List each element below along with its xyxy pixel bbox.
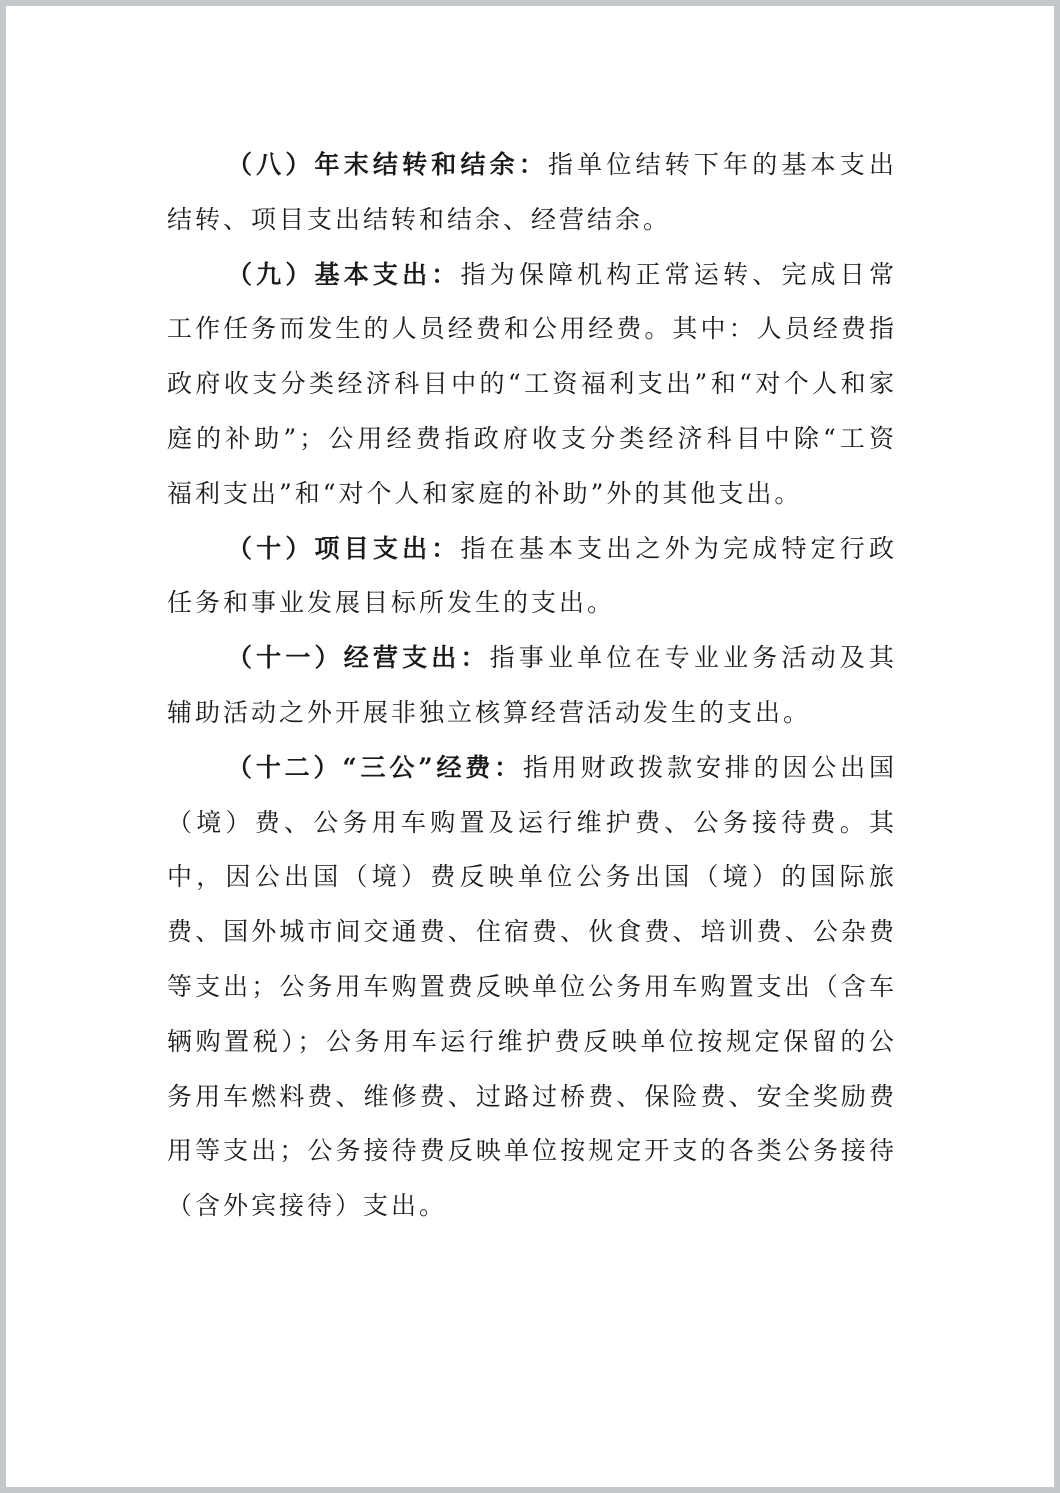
document-body: （八）年末结转和结余：指单位结转下年的基本支出结转、项目支出结转和结余、经营结余… xyxy=(167,138,897,1234)
paragraph-basic-expenditure: （九）基本支出：指为保障机构正常运转、完成日常工作任务而发生的人员经费和公用经费… xyxy=(167,248,897,522)
term-heading: （八）年末结转和结余： xyxy=(227,150,548,179)
term-definition: 指为保障机构正常运转、完成日常工作任务而发生的人员经费和公用经费。其中：人员经费… xyxy=(167,260,897,508)
document-page: （八）年末结转和结余：指单位结转下年的基本支出结转、项目支出结转和结余、经营结余… xyxy=(6,6,1054,1487)
term-definition: 指用财政拨款安排的因公出国（境）费、公务用车购置及运行维护费、公务接待费。其中，… xyxy=(167,753,897,1220)
term-heading: （九）基本支出： xyxy=(227,260,460,289)
paragraph-project-expenditure: （十）项目支出：指在基本支出之外为完成特定行政任务和事业发展目标所发生的支出。 xyxy=(167,522,897,632)
term-heading: （十二）“三公”经费： xyxy=(227,753,523,782)
term-heading: （十）项目支出： xyxy=(227,534,460,563)
paragraph-operating-expenditure: （十一）经营支出：指事业单位在专业业务活动及其辅助活动之外开展非独立核算经营活动… xyxy=(167,631,897,741)
paragraph-three-public-expenses: （十二）“三公”经费：指用财政拨款安排的因公出国（境）费、公务用车购置及运行维护… xyxy=(167,741,897,1234)
paragraph-year-end-carryover: （八）年末结转和结余：指单位结转下年的基本支出结转、项目支出结转和结余、经营结余… xyxy=(167,138,897,248)
term-heading: （十一）经营支出： xyxy=(227,643,490,672)
